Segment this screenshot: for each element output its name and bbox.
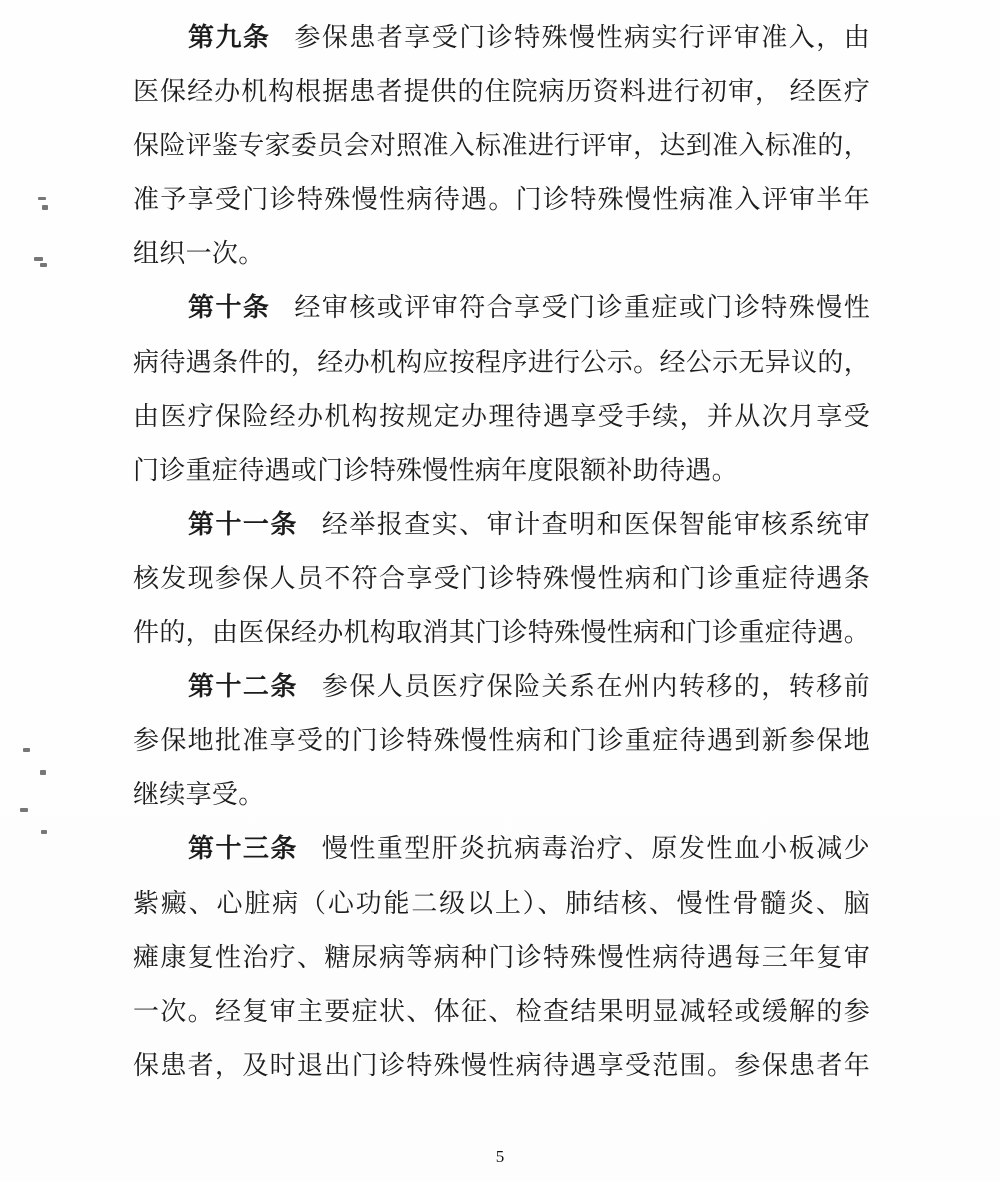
line-text: 一次。经复审主要症状、体征、检查结果明显减轻或缓解的参 — [133, 997, 870, 1026]
document-line: 由医疗保险经办机构按规定办理待遇享受手续，并从次月享受 — [133, 397, 870, 451]
line-text: 紫癜、心脏病（心功能二级以上）、肺结核、慢性骨髓炎、脑 — [133, 889, 870, 918]
article-number: 第十二条 — [188, 672, 298, 701]
line-text: 医保经办机构根据患者提供的住院病历资料进行初审， 经医疗 — [133, 77, 870, 106]
document-line: 第九条参保患者享受门诊特殊慢性病实行评审准入，由 — [133, 18, 870, 72]
article-number: 第十条 — [188, 293, 270, 322]
document-line: 保险评鉴专家委员会对照准入标准进行评审，达到准入标准的， — [133, 126, 870, 180]
line-text: 慢性重型肝炎抗病毒治疗、原发性血小板减少 — [322, 834, 870, 863]
document-line: 第十二条参保人员医疗保险关系在州内转移的，转移前 — [133, 667, 870, 721]
line-text: 核发现参保人员不符合享受门诊特殊慢性病和门诊重症待遇条 — [133, 564, 870, 593]
line-text: 参保患者享受门诊特殊慢性病实行评审准入，由 — [294, 23, 870, 52]
document-line: 第十条经审核或评审符合享受门诊重症或门诊特殊慢性 — [133, 288, 870, 342]
line-text: 件的，由医保经办机构取消其门诊特殊慢性病和门诊重症待遇。 — [133, 618, 870, 647]
line-text: 经审核或评审符合享受门诊重症或门诊特殊慢性 — [294, 293, 870, 322]
document-line: 门诊重症待遇或门诊特殊慢性病年度限额补助待遇。 — [133, 451, 870, 505]
scan-artifact — [42, 205, 48, 210]
scanned-document-page: 第九条参保患者享受门诊特殊慢性病实行评审准入，由 医保经办机构根据患者提供的住院… — [0, 0, 1000, 1181]
article-number: 第十三条 — [188, 834, 298, 863]
document-line: 紫癜、心脏病（心功能二级以上）、肺结核、慢性骨髓炎、脑 — [133, 884, 870, 938]
scan-artifact — [23, 748, 30, 752]
document-line: 第十三条慢性重型肝炎抗病毒治疗、原发性血小板减少 — [133, 829, 870, 883]
line-text: 组织一次。 — [133, 239, 265, 268]
line-text: 由医疗保险经办机构按规定办理待遇享受手续，并从次月享受 — [133, 402, 870, 431]
scan-artifact — [40, 770, 46, 775]
page-number: 5 — [0, 1147, 1000, 1167]
scan-artifact — [34, 257, 43, 261]
document-line: 瘫康复性治疗、糖尿病等病种门诊特殊慢性病待遇每三年复审 — [133, 938, 870, 992]
line-text: 病待遇条件的，经办机构应按程序进行公示。经公示无异议的， — [133, 348, 870, 377]
line-text: 准予享受门诊特殊慢性病待遇。门诊特殊慢性病准入评审半年 — [133, 185, 870, 214]
document-line: 参保地批准享受的门诊特殊慢性病和门诊重症待遇到新参保地 — [133, 721, 870, 775]
line-text: 门诊重症待遇或门诊特殊慢性病年度限额补助待遇。 — [133, 456, 738, 485]
document-line: 件的，由医保经办机构取消其门诊特殊慢性病和门诊重症待遇。 — [133, 613, 870, 667]
document-body: 第九条参保患者享受门诊特殊慢性病实行评审准入，由 医保经办机构根据患者提供的住院… — [133, 18, 870, 1100]
document-line: 一次。经复审主要症状、体征、检查结果明显减轻或缓解的参 — [133, 992, 870, 1046]
scan-artifact — [20, 808, 28, 812]
line-text: 瘫康复性治疗、糖尿病等病种门诊特殊慢性病待遇每三年复审 — [133, 943, 870, 972]
document-line: 第十一条经举报查实、审计查明和医保智能审核系统审 — [133, 505, 870, 559]
line-text: 经举报查实、审计查明和医保智能审核系统审 — [322, 510, 870, 539]
article-number: 第十一条 — [188, 510, 298, 539]
document-line: 核发现参保人员不符合享受门诊特殊慢性病和门诊重症待遇条 — [133, 559, 870, 613]
document-line: 继续享受。 — [133, 775, 870, 829]
document-line: 组织一次。 — [133, 234, 870, 288]
document-line: 病待遇条件的，经办机构应按程序进行公示。经公示无异议的， — [133, 343, 870, 397]
line-text: 保险评鉴专家委员会对照准入标准进行评审，达到准入标准的， — [133, 131, 870, 160]
scan-artifact — [38, 197, 46, 200]
document-line: 准予享受门诊特殊慢性病待遇。门诊特殊慢性病准入评审半年 — [133, 180, 870, 234]
scan-artifact — [41, 830, 47, 834]
document-line: 保患者，及时退出门诊特殊慢性病待遇享受范围。参保患者年 — [133, 1046, 870, 1100]
line-text: 参保地批准享受的门诊特殊慢性病和门诊重症待遇到新参保地 — [133, 726, 870, 755]
line-text: 保患者，及时退出门诊特殊慢性病待遇享受范围。参保患者年 — [133, 1051, 870, 1080]
scan-artifact — [40, 263, 47, 267]
document-line: 医保经办机构根据患者提供的住院病历资料进行初审， 经医疗 — [133, 72, 870, 126]
line-text: 继续享受。 — [133, 780, 265, 809]
article-number: 第九条 — [188, 23, 270, 52]
line-text: 参保人员医疗保险关系在州内转移的，转移前 — [322, 672, 870, 701]
